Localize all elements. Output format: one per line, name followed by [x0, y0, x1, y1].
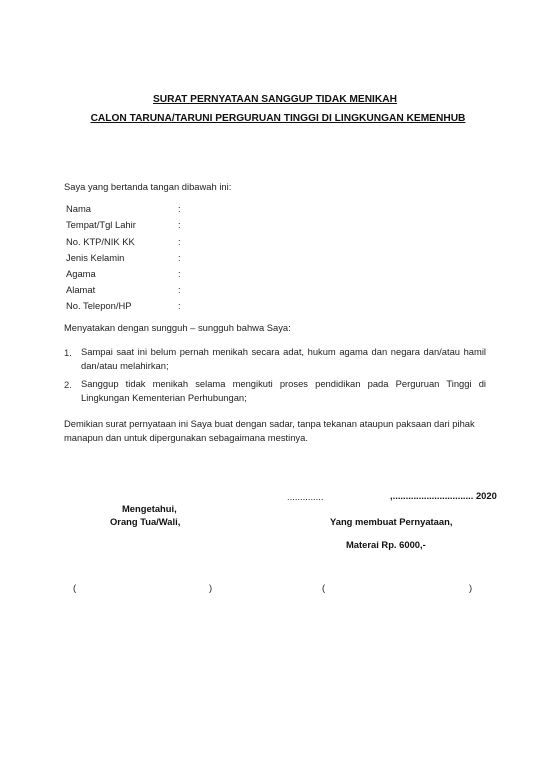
declarant-label: Yang membuat Pernyataan,: [330, 516, 452, 527]
field-label: Tempat/Tgl Lahir: [66, 219, 136, 230]
field-colon: :: [178, 203, 181, 214]
item-number: 2.: [64, 379, 72, 390]
field-label: Nama: [66, 203, 91, 214]
field-colon: :: [178, 268, 181, 279]
acknowledged-heading: Mengetahui,: [122, 503, 177, 514]
field-label: Agama: [66, 268, 96, 279]
parent-guardian-label: Orang Tua/Wali,: [110, 516, 180, 527]
right-signature-open-paren: (: [322, 582, 325, 593]
item-number: 1.: [64, 347, 72, 358]
closing-paragraph: Demikian surat pernyataan ini Saya buat …: [64, 417, 484, 445]
left-signature-open-paren: (: [73, 582, 76, 593]
field-label: No. Telepon/HP: [66, 300, 132, 311]
statement-intro: Menyatakan dengan sungguh – sungguh bahw…: [64, 322, 291, 333]
document-title-line2: CALON TARUNA/TARUNI PERGURUAN TINGGI DI …: [3, 113, 550, 124]
left-signature-close-paren: ): [209, 582, 212, 593]
statement-item: Sampai saat ini belum pernah menikah sec…: [81, 345, 486, 373]
stamp-duty-note: Materai Rp. 6000,-: [346, 539, 426, 550]
field-colon: :: [178, 219, 181, 230]
place-placeholder: ..............: [287, 491, 323, 502]
field-colon: :: [178, 300, 181, 311]
field-label: Jenis Kelamin: [66, 252, 124, 263]
field-colon: :: [178, 284, 181, 295]
field-colon: :: [178, 252, 181, 263]
field-label: No. KTP/NIK KK: [66, 236, 135, 247]
field-colon: :: [178, 236, 181, 247]
intro-text: Saya yang bertanda tangan dibawah ini:: [64, 181, 231, 192]
date-line: ,............................... 2020: [390, 490, 497, 501]
field-label: Alamat: [66, 284, 95, 295]
statement-item: Sanggup tidak menikah selama mengikuti p…: [81, 377, 486, 405]
right-signature-close-paren: ): [469, 582, 472, 593]
document-title-line1: SURAT PERNYATAAN SANGGUP TIDAK MENIKAH: [0, 94, 550, 105]
